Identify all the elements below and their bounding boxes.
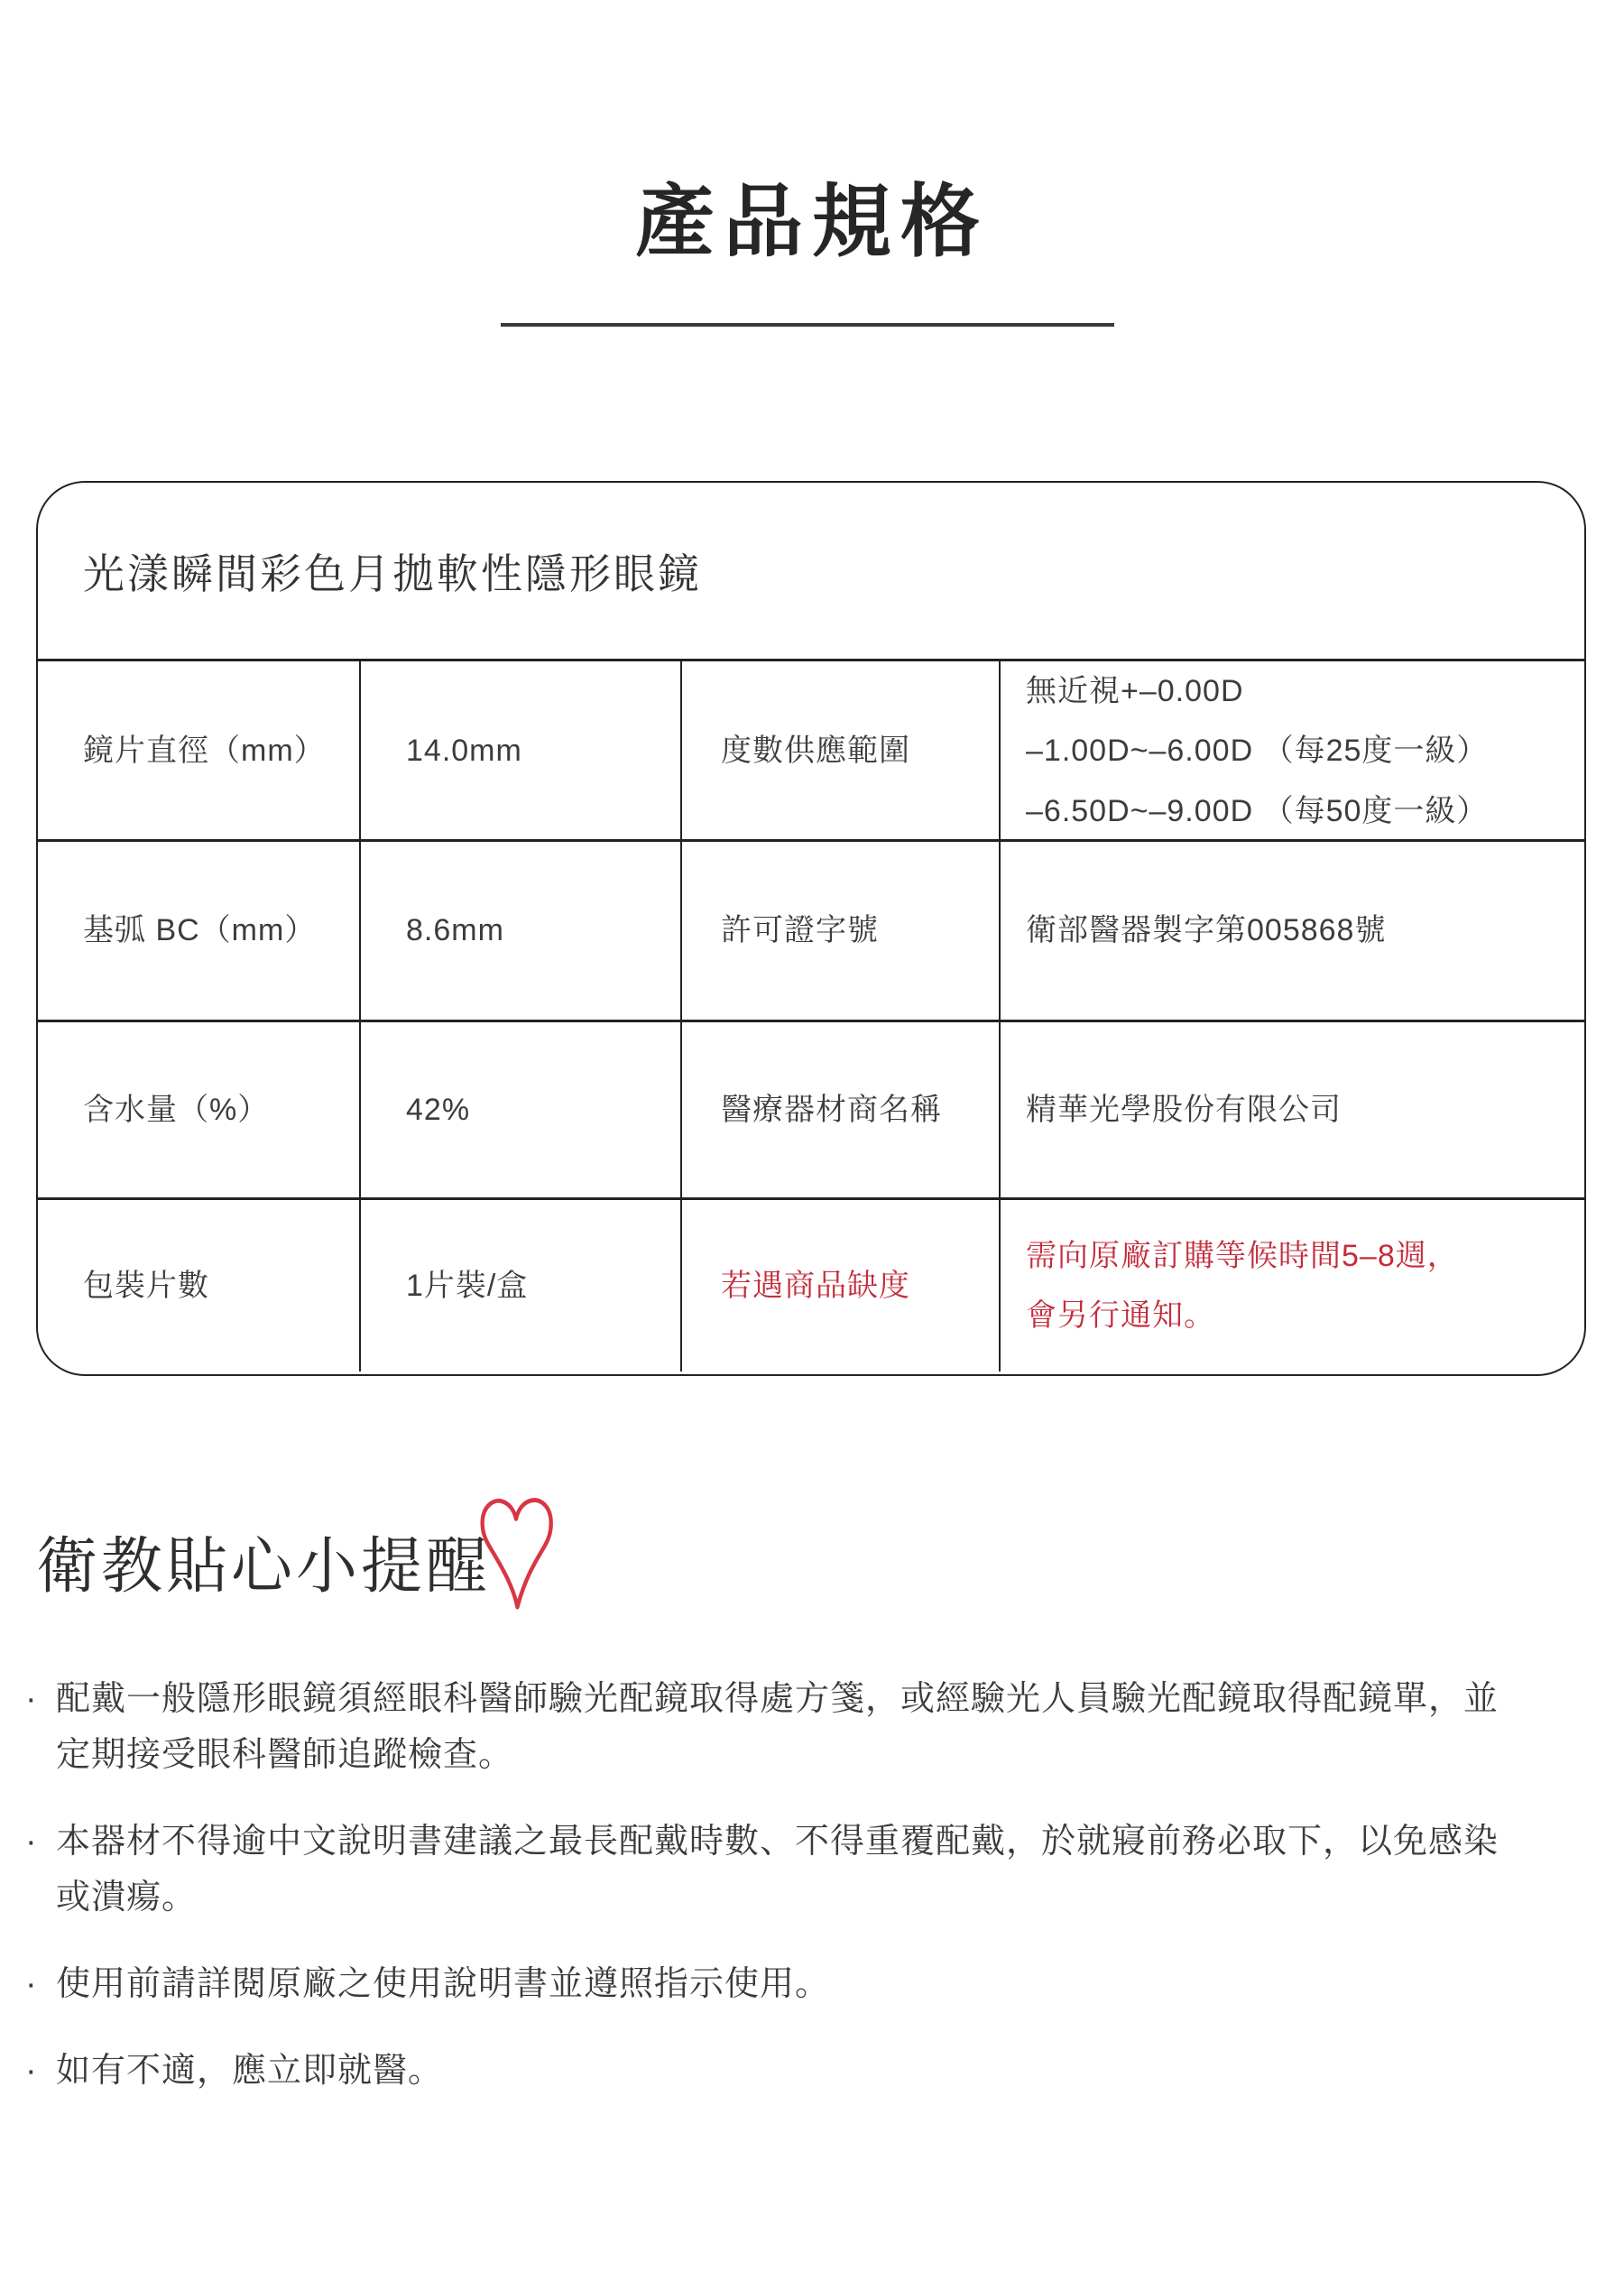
list-item: · 使用前請詳閱原廠之使用說明書並遵照指示使用。	[25, 1956, 1523, 2012]
row-label: 度數供應範圍	[680, 661, 999, 841]
tip-text: 本器材不得逾中文說明書建議之最長配戴時數、不得重覆配戴，於就寢前務必取下，以免感…	[56, 1814, 1499, 1926]
bullet-icon: ·	[25, 1671, 56, 1783]
row-value: 14.0mm	[359, 661, 680, 841]
tips-heading: 衛教貼心小提醒	[36, 1518, 491, 1605]
heart-outline-icon	[464, 1478, 568, 1624]
list-item: · 如有不適，應立即就醫。	[25, 2043, 1523, 2099]
row-label: 許可證字號	[680, 842, 999, 1020]
bullet-icon: ·	[25, 1956, 56, 2012]
tip-text: 使用前請詳閱原廠之使用說明書並遵照指示使用。	[56, 1956, 1499, 2012]
tip-text: 配戴一般隱形眼鏡須經眼科醫師驗光配鏡取得處方箋，或經驗光人員驗光配鏡取得配鏡單，…	[56, 1671, 1499, 1783]
row-value-alert: 需向原廠訂購等候時間5–8週， 會另行通知。	[999, 1200, 1584, 1372]
product-name: 光漾瞬間彩色月拋軟性隱形眼鏡	[38, 483, 1584, 659]
title-underline	[501, 323, 1114, 327]
row-label: 鏡片直徑（mm）	[38, 661, 359, 841]
tip-text: 如有不適，應立即就醫。	[56, 2043, 1499, 2099]
bullet-icon: ·	[25, 1814, 56, 1926]
alert-line: 會另行通知。	[1026, 1286, 1566, 1345]
row-label: 包裝片數	[38, 1200, 359, 1372]
row-label: 醫療器材商名稱	[680, 1022, 999, 1197]
row-value: 8.6mm	[359, 842, 680, 1020]
row-value: 精華光學股份有限公司	[999, 1022, 1584, 1197]
spec-table: 光漾瞬間彩色月拋軟性隱形眼鏡 鏡片直徑（mm） 14.0mm 度數供應範圍 無近…	[36, 481, 1586, 1376]
row-value: 衛部醫器製字第005868號	[999, 842, 1584, 1020]
page-title: 產品規格	[0, 159, 1624, 272]
table-row: 包裝片數 1片裝/盒 若遇商品缺度 需向原廠訂購等候時間5–8週， 會另行通知。	[38, 1197, 1584, 1372]
power-range-line: –1.00D~–6.00D （每25度一級）	[1026, 721, 1566, 780]
row-value: 42%	[359, 1022, 680, 1197]
row-label: 基弧 BC（mm）	[38, 842, 359, 1020]
bullet-icon: ·	[25, 2043, 56, 2099]
power-range-line: 無近視+–0.00D	[1026, 661, 1566, 721]
list-item: · 本器材不得逾中文說明書建議之最長配戴時數、不得重覆配戴，於就寢前務必取下，以…	[25, 1814, 1523, 1926]
row-value: 1片裝/盒	[359, 1200, 680, 1372]
row-value: 無近視+–0.00D –1.00D~–6.00D （每25度一級） –6.50D…	[999, 661, 1584, 841]
table-row: 鏡片直徑（mm） 14.0mm 度數供應範圍 無近視+–0.00D –1.00D…	[38, 659, 1584, 839]
table-row: 含水量（%） 42% 醫療器材商名稱 精華光學股份有限公司	[38, 1020, 1584, 1197]
power-range-line: –6.50D~–9.00D （每50度一級）	[1026, 781, 1566, 841]
row-label-alert: 若遇商品缺度	[680, 1200, 999, 1372]
list-item: · 配戴一般隱形眼鏡須經眼科醫師驗光配鏡取得處方箋，或經驗光人員驗光配鏡取得配鏡…	[25, 1671, 1523, 1783]
row-label: 含水量（%）	[38, 1022, 359, 1197]
alert-line: 需向原廠訂購等候時間5–8週，	[1026, 1226, 1566, 1286]
table-row: 基弧 BC（mm） 8.6mm 許可證字號 衛部醫器製字第005868號	[38, 839, 1584, 1020]
tips-list: · 配戴一般隱形眼鏡須經眼科醫師驗光配鏡取得處方箋，或經驗光人員驗光配鏡取得配鏡…	[25, 1671, 1523, 2129]
